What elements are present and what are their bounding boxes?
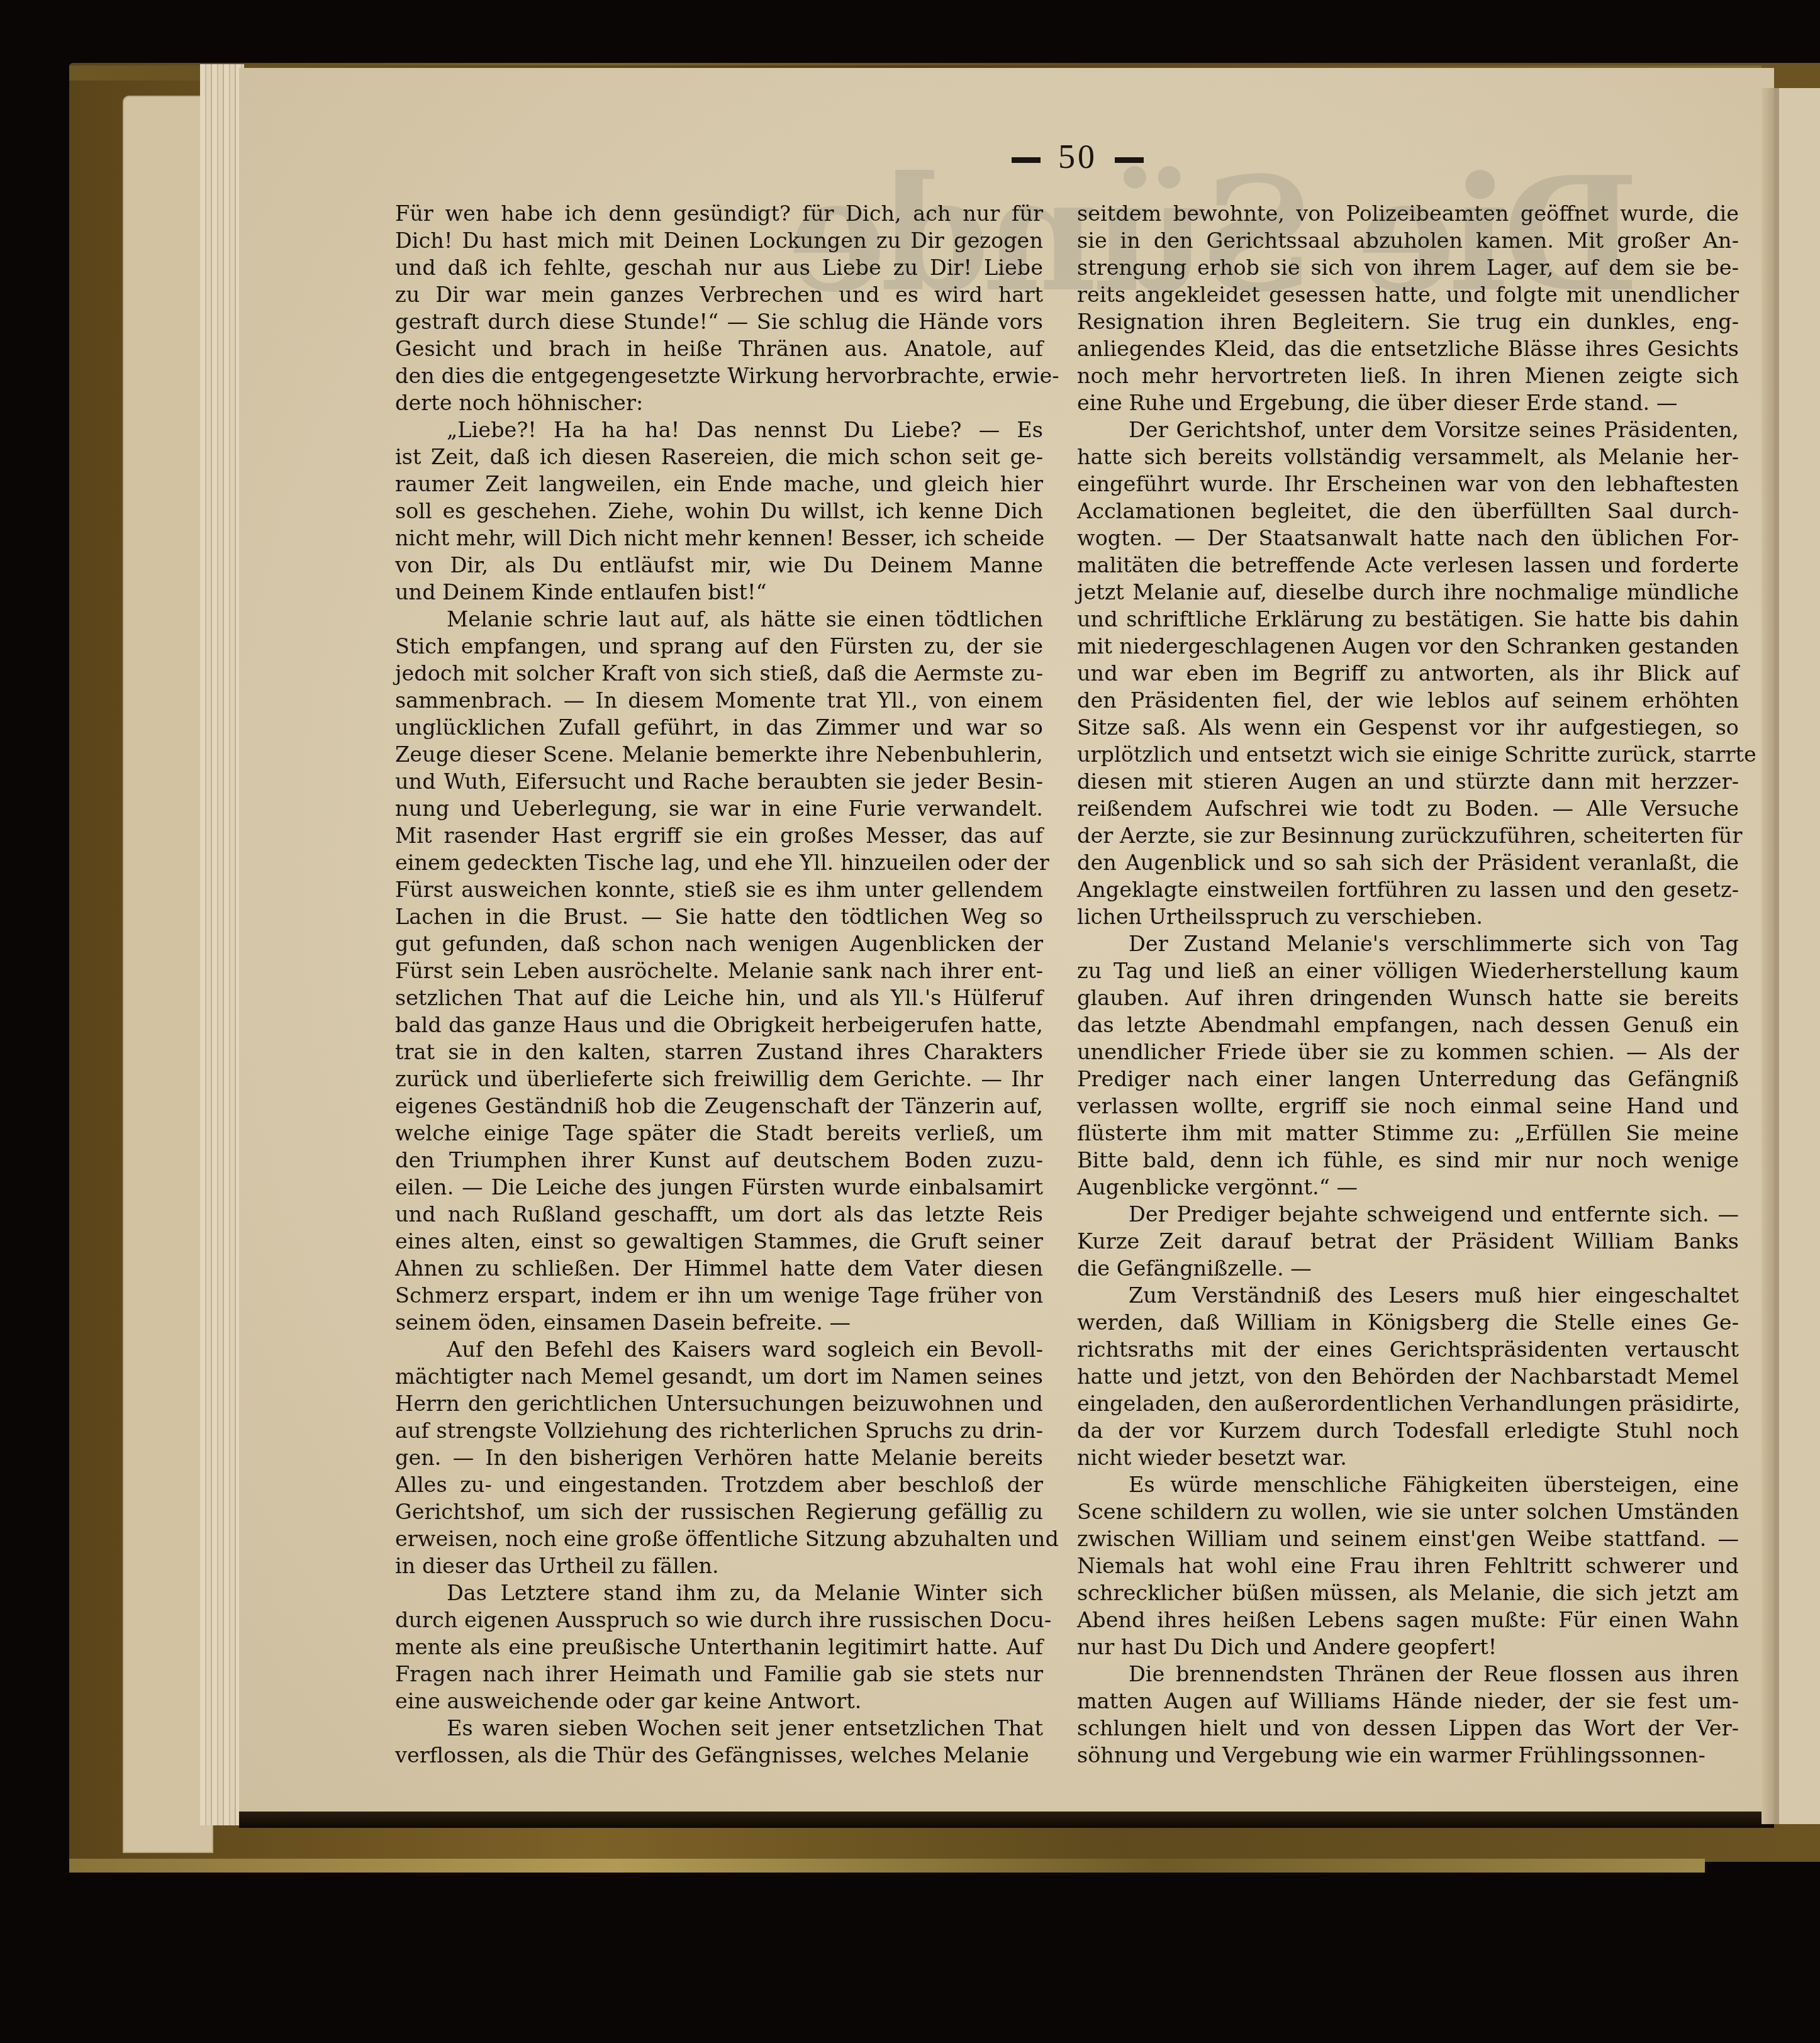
text-line: eigenes Geständniß hob die Zeugenschaft … — [395, 1093, 1043, 1120]
text-line: nung und Ueberlegung, sie war in eine Fu… — [395, 795, 1043, 822]
text-line: Prediger nach einer langen Unterredung d… — [1077, 1066, 1739, 1093]
text-line: nicht mehr, will Dich nicht mehr kennen!… — [395, 525, 1043, 552]
text-line: Fürst ausweichen konnte, stieß sie es ih… — [395, 876, 1043, 903]
text-line: diesen mit stieren Augen an und stürzte … — [1077, 768, 1739, 795]
page-bottom-shadow — [239, 1812, 1774, 1828]
text-line: erweisen, noch eine große öffentliche Si… — [395, 1525, 1043, 1552]
text-line: Die brennendsten Thränen der Reue flosse… — [1077, 1661, 1739, 1688]
page-number-value: 50 — [1058, 138, 1097, 175]
text-line: einem gedeckten Tische lag, und ehe Yll.… — [395, 849, 1043, 876]
paragraph: Der Prediger bejahte schweigend und entf… — [1077, 1201, 1739, 1282]
text-line: Dich! Du hast mich mit Deinen Lockungen … — [395, 227, 1043, 254]
text-line: jetzt Melanie auf, dieselbe durch ihre n… — [1077, 579, 1739, 606]
text-line: nur hast Du Dich und Andere geopfert! — [1077, 1634, 1739, 1661]
text-line: Für wen habe ich denn gesündigt? für Dic… — [395, 200, 1043, 227]
text-line: Sitze saß. Als wenn ein Gespenst vor ihr… — [1077, 714, 1739, 741]
text-line: der Aerzte, sie zur Besinnung zurückzufü… — [1077, 822, 1739, 849]
text-line: durch eigenen Ausspruch so wie durch ihr… — [395, 1606, 1043, 1634]
text-line: eine ausweichende oder gar keine Antwort… — [395, 1688, 1043, 1715]
text-line: mente als eine preußische Unterthanin le… — [395, 1634, 1043, 1661]
text-line: Zum Verständniß des Lesers muß hier eing… — [1077, 1282, 1739, 1309]
paragraph: Für wen habe ich denn gesündigt? für Dic… — [395, 200, 1043, 416]
text-line: ist Zeit, daß ich diesen Rasereien, die … — [395, 443, 1043, 470]
text-line: zu Tag und ließ an einer völligen Wieder… — [1077, 957, 1739, 984]
text-line: reißendem Aufschrei wie todt zu Boden. —… — [1077, 795, 1739, 822]
text-line: wogten. — Der Staatsanwalt hatte nach de… — [1077, 525, 1739, 552]
text-line: Angeklagte einstweilen fortführen zu las… — [1077, 876, 1739, 903]
text-line: mit niedergeschlagenen Augen vor den Sch… — [1077, 633, 1739, 660]
text-line: eine Ruhe und Ergebung, die über dieser … — [1077, 389, 1739, 416]
text-line: söhnung und Vergebung wie ein warmer Frü… — [1077, 1742, 1739, 1769]
text-line: von Dir, als Du entläufst mir, wie Du De… — [395, 552, 1043, 579]
text-line: zwischen William und seinem einst'gen We… — [1077, 1525, 1739, 1552]
text-line: Bitte bald, denn ich fühle, es sind mir … — [1077, 1147, 1739, 1174]
text-line: schlungen hielt und von dessen Lippen da… — [1077, 1715, 1739, 1742]
text-line: verlassen wollte, ergriff sie noch einma… — [1077, 1093, 1739, 1120]
text-line: werden, daß William in Königsberg die St… — [1077, 1309, 1739, 1336]
text-line: anliegendes Kleid, das die entsetzliche … — [1077, 335, 1739, 362]
paragraph: Es waren sieben Wochen seit jener entset… — [395, 1715, 1043, 1769]
text-line: welche einige Tage später die Stadt bere… — [395, 1120, 1043, 1147]
text-line: reits angekleidet gesessen hatte, und fo… — [1077, 281, 1739, 308]
text-line: verflossen, als die Thür des Gefängnisse… — [395, 1742, 1043, 1769]
text-line: unglücklichen Zufall geführt, in das Zim… — [395, 714, 1043, 741]
text-line: richtsraths mit der eines Gerichtspräsid… — [1077, 1336, 1739, 1363]
text-line: Lachen in die Brust. — Sie hatte den töd… — [395, 903, 1043, 930]
dash-right — [1115, 157, 1144, 163]
text-line: bald das ganze Haus und die Obrigkeit he… — [395, 1011, 1043, 1038]
text-line: raumer Zeit langweilen, ein Ende mache, … — [395, 470, 1043, 498]
text-line: Scene schildern zu wollen, wie sie unter… — [1077, 1498, 1739, 1525]
text-line: Auf den Befehl des Kaisers ward sogleich… — [395, 1336, 1043, 1363]
text-line: mächtigter nach Memel gesandt, um dort i… — [395, 1363, 1043, 1390]
paragraph: seitdem bewohnte, von Polizeibeamten geö… — [1077, 200, 1739, 416]
text-line: Alles zu- und eingestanden. Trotzdem abe… — [395, 1471, 1043, 1498]
text-line: trat sie in den kalten, starren Zustand … — [395, 1038, 1043, 1066]
text-line: Augenblicke vergönnt.“ — — [1077, 1174, 1739, 1201]
text-line: flüsterte ihm mit matter Stimme zu: „Erf… — [1077, 1120, 1739, 1147]
text-line: Melanie schrie laut auf, als hätte sie e… — [395, 606, 1043, 633]
paragraph: „Liebe?! Ha ha ha! Das nennst Du Liebe? … — [395, 416, 1043, 606]
text-line: eines alten, einst so gewaltigen Stammes… — [395, 1228, 1043, 1255]
text-line: Herrn den gerichtlichen Untersuchungen b… — [395, 1390, 1043, 1417]
text-line: gestraft durch diese Stunde!“ — Sie schl… — [395, 308, 1043, 335]
text-line: den Triumphen ihrer Kunst auf deutschem … — [395, 1147, 1043, 1174]
text-line: und schriftliche Erklärung zu bestätigen… — [1077, 606, 1739, 633]
text-line: Stich empfangen, und sprang auf den Fürs… — [395, 633, 1043, 660]
paragraph: Das Letztere stand ihm zu, da Melanie Wi… — [395, 1579, 1043, 1715]
text-line: die Gefängnißzelle. — — [1077, 1255, 1739, 1282]
paragraph: Der Gerichtshof, unter dem Vorsitze sein… — [1077, 416, 1739, 930]
text-line: seinem öden, einsamen Dasein befreite. — — [395, 1309, 1043, 1336]
text-line: schrecklicher büßen müssen, als Melanie,… — [1077, 1579, 1739, 1606]
text-line: urplötzlich und entsetzt wich sie einige… — [1077, 741, 1739, 768]
paragraph: Zum Verständniß des Lesers muß hier eing… — [1077, 1282, 1739, 1471]
text-line: Niemals hat wohl eine Frau ihren Fehltri… — [1077, 1552, 1739, 1579]
book-cover-bottom-edge — [69, 1859, 1705, 1873]
text-line: jedoch mit solcher Kraft von sich stieß,… — [395, 660, 1043, 687]
paragraph: Der Zustand Melanie's verschlimmerte sic… — [1077, 930, 1739, 1201]
left-column: Für wen habe ich denn gesündigt? für Dic… — [395, 200, 1043, 1769]
text-line: den Präsidenten fiel, der wie leblos auf… — [1077, 687, 1739, 714]
text-line: Abend ihres heißen Lebens sagen mußte: F… — [1077, 1606, 1739, 1634]
text-line: und nach Rußland geschafft, um dort als … — [395, 1201, 1043, 1228]
text-line: Fürst sein Leben ausröchelte. Melanie sa… — [395, 957, 1043, 984]
text-line: Mit rasender Hast ergriff sie ein großes… — [395, 822, 1043, 849]
text-line: gut gefunden, daß schon nach wenigen Aug… — [395, 930, 1043, 957]
text-line: Es würde menschliche Fähigkeiten überste… — [1077, 1471, 1739, 1498]
text-line: Resignation ihren Begleitern. Sie trug e… — [1077, 308, 1739, 335]
text-line: zu Dir war mein ganzes Verbrechen und es… — [395, 281, 1043, 308]
paragraph: Melanie schrie laut auf, als hätte sie e… — [395, 606, 1043, 1336]
text-line: das letzte Abendmahl empfangen, nach des… — [1077, 1011, 1739, 1038]
text-line: noch mehr hervortreten ließ. In ihren Mi… — [1077, 362, 1739, 389]
text-line: und war eben im Begriff zu antworten, al… — [1077, 660, 1739, 687]
text-line: Das Letztere stand ihm zu, da Melanie Wi… — [395, 1579, 1043, 1606]
text-line: den Augenblick und so sah sich der Präsi… — [1077, 849, 1739, 876]
dash-left — [1012, 157, 1041, 163]
text-line: und daß ich fehlte, geschah nur aus Lieb… — [395, 254, 1043, 281]
text-line: unendlicher Friede über sie zu kommen sc… — [1077, 1038, 1739, 1066]
text-line: seitdem bewohnte, von Polizeibeamten geö… — [1077, 200, 1739, 227]
text-line: sammenbrach. — In diesem Momente trat Yl… — [395, 687, 1043, 714]
text-line: eilen. — Die Leiche des jungen Fürsten w… — [395, 1174, 1043, 1201]
page-gutter — [1761, 88, 1774, 1824]
text-line: strengung erhob sie sich von ihrem Lager… — [1077, 254, 1739, 281]
text-line: setzlichen That auf die Leiche hin, und … — [395, 984, 1043, 1011]
text-line: Zeuge dieser Scene. Melanie bemerkte ihr… — [395, 741, 1043, 768]
text-line: malitäten die betreffende Acte verlesen … — [1077, 552, 1739, 579]
page-number: 50 — [994, 137, 1161, 176]
text-line: und Deinem Kinde entlaufen bist!“ — [395, 579, 1043, 606]
right-column: seitdem bewohnte, von Polizeibeamten geö… — [1077, 200, 1739, 1769]
text-line: matten Augen auf Williams Hände nieder, … — [1077, 1688, 1739, 1715]
text-line: Ahnen zu schließen. Der Himmel hatte dem… — [395, 1255, 1043, 1282]
text-line: glauben. Auf ihren dringenden Wunsch hat… — [1077, 984, 1739, 1011]
text-line: Der Zustand Melanie's verschlimmerte sic… — [1077, 930, 1739, 957]
text-line: Kurze Zeit darauf betrat der Präsident W… — [1077, 1228, 1739, 1255]
text-line: eingeladen, den außerordentlichen Verhan… — [1077, 1390, 1739, 1417]
paragraph: Die brennendsten Thränen der Reue flosse… — [1077, 1661, 1739, 1769]
paragraph: Auf den Befehl des Kaisers ward sogleich… — [395, 1336, 1043, 1579]
text-line: hatte sich bereits vollständig versammel… — [1077, 443, 1739, 470]
paragraph: Es würde menschliche Fähigkeiten überste… — [1077, 1471, 1739, 1661]
text-line: Der Prediger bejahte schweigend und entf… — [1077, 1201, 1739, 1228]
text-line: sie in den Gerichtssaal abzuholen kamen.… — [1077, 227, 1739, 254]
text-line: Der Gerichtshof, unter dem Vorsitze sein… — [1077, 416, 1739, 443]
text-line: den dies die entgegengesetzte Wirkung he… — [395, 362, 1043, 389]
page-stack-edges — [200, 64, 244, 1825]
text-line: Gesicht und brach in heiße Thränen aus. … — [395, 335, 1043, 362]
text-line: Schmerz erspart, indem er ihn um wenige … — [395, 1282, 1043, 1309]
text-line: lichen Urtheilsspruch zu verschieben. — [1077, 903, 1739, 930]
text-line: gen. — In den bisherigen Verhören hatte … — [395, 1444, 1043, 1471]
text-line: hatte und jetzt, von den Behörden der Na… — [1077, 1363, 1739, 1390]
text-line: Es waren sieben Wochen seit jener entset… — [395, 1715, 1043, 1742]
text-line: Acclamationen begleitet, die den überfül… — [1077, 498, 1739, 525]
text-line: eingeführt wurde. Ihr Erscheinen war von… — [1077, 470, 1739, 498]
text-line: Fragen nach ihrer Heimath und Familie ga… — [395, 1661, 1043, 1688]
text-line: in dieser das Urtheil zu fällen. — [395, 1552, 1043, 1579]
text-line: nicht wieder besetzt war. — [1077, 1444, 1739, 1471]
text-line: da der vor Kurzem durch Todesfall erledi… — [1077, 1417, 1739, 1444]
text-line: derte noch höhnischer: — [395, 389, 1043, 416]
facing-page-edge — [1774, 88, 1820, 1824]
text-line: und Wuth, Eifersucht und Rache beraubten… — [395, 768, 1043, 795]
text-line: zurück und überlieferte sich freiwillig … — [395, 1066, 1043, 1093]
text-line: auf strengste Vollziehung des richterlic… — [395, 1417, 1043, 1444]
text-line: „Liebe?! Ha ha ha! Das nennst Du Liebe? … — [395, 416, 1043, 443]
text-line: Gerichtshof, um sich der russischen Regi… — [395, 1498, 1043, 1525]
text-line: soll es geschehen. Ziehe, wohin Du wills… — [395, 498, 1043, 525]
